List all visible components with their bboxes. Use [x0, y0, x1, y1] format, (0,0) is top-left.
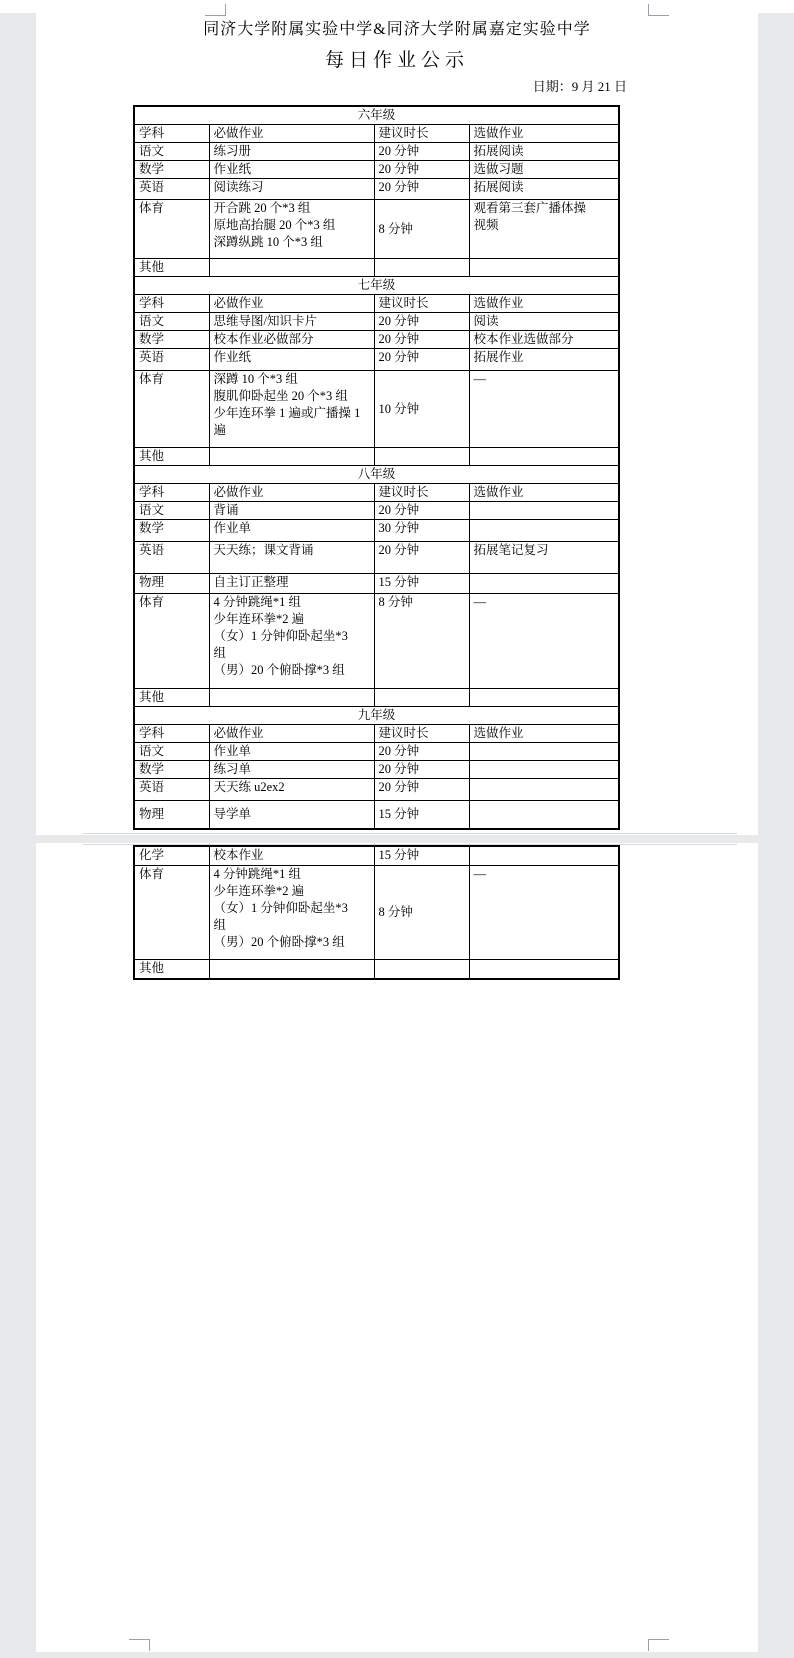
grade-title-row: 八年级: [134, 466, 619, 484]
homework-row: 语文作业单20 分钟: [134, 743, 619, 761]
optional-cell: [469, 520, 619, 542]
homework-row: 英语天天练；课文背诵20 分钟拓展笔记复习: [134, 542, 619, 574]
optional-cell: 阅读: [469, 313, 619, 331]
homework-table-page2: 化学校本作业15 分钟体育4 分钟跳绳*1 组少年连环拳*2 遍（女）1 分钟仰…: [133, 845, 620, 980]
required-cell: [209, 959, 374, 979]
subject-cell: 数学: [134, 520, 209, 542]
homework-row: 语文背诵20 分钟: [134, 502, 619, 520]
subject-cell: 体育: [134, 865, 209, 959]
homework-row: 体育4 分钟跳绳*1 组少年连环拳*2 遍（女）1 分钟仰卧起坐*3组（男）20…: [134, 594, 619, 689]
required-cell: 思维导图/知识卡片: [209, 313, 374, 331]
homework-row: 化学校本作业15 分钟: [134, 846, 619, 865]
page-1: 同济大学附属实验中学&同济大学附属嘉定实验中学 每日作业公示 日期：9 月 21…: [36, 0, 758, 835]
column-header: 必做作业: [209, 725, 374, 743]
subject-cell: 语文: [134, 143, 209, 161]
text-boundary-mark-top-left: [205, 4, 226, 16]
subject-cell: 体育: [134, 594, 209, 689]
optional-cell: 拓展作业: [469, 349, 619, 371]
required-cell: 天天练 u2ex2: [209, 779, 374, 801]
homework-row: 英语天天练 u2ex220 分钟: [134, 779, 619, 801]
subject-cell: 英语: [134, 779, 209, 801]
optional-cell: 拓展笔记复习: [469, 542, 619, 574]
homework-row: 体育4 分钟跳绳*1 组少年连环拳*2 遍（女）1 分钟仰卧起坐*3组（男）20…: [134, 865, 619, 959]
optional-cell: [469, 761, 619, 779]
required-cell: 作业单: [209, 743, 374, 761]
text-boundary-mark-top-right: [648, 4, 669, 16]
required-cell: [209, 259, 374, 277]
optional-cell: [469, 259, 619, 277]
optional-cell: 校本作业选做部分: [469, 331, 619, 349]
column-header-row: 学科必做作业建议时长选做作业: [134, 295, 619, 313]
required-cell: 作业单: [209, 520, 374, 542]
time-cell: [374, 959, 469, 979]
time-cell: 20 分钟: [374, 313, 469, 331]
homework-row: 其他: [134, 959, 619, 979]
subject-cell: 物理: [134, 574, 209, 594]
time-cell: 20 分钟: [374, 779, 469, 801]
grade-title-row: 七年级: [134, 277, 619, 295]
time-cell: 20 分钟: [374, 143, 469, 161]
homework-row: 语文思维导图/知识卡片20 分钟阅读: [134, 313, 619, 331]
grade-title: 九年级: [134, 707, 619, 725]
subject-cell: 数学: [134, 161, 209, 179]
required-cell: [209, 689, 374, 707]
required-cell: 自主订正整理: [209, 574, 374, 594]
time-cell: [374, 448, 469, 466]
school-title: 同济大学附属实验中学&同济大学附属嘉定实验中学: [36, 19, 758, 41]
subject-cell: 体育: [134, 200, 209, 259]
time-cell: 20 分钟: [374, 161, 469, 179]
time-cell: 20 分钟: [374, 502, 469, 520]
required-cell: 校本作业: [209, 846, 374, 865]
subject-cell: 数学: [134, 761, 209, 779]
homework-row: 物理自主订正整理15 分钟: [134, 574, 619, 594]
homework-row: 英语阅读练习20 分钟拓展阅读: [134, 179, 619, 200]
grade-title: 八年级: [134, 466, 619, 484]
optional-cell: 选做习题: [469, 161, 619, 179]
subject-cell: 数学: [134, 331, 209, 349]
subject-cell: 物理: [134, 801, 209, 829]
subject-cell: 语文: [134, 502, 209, 520]
optional-cell: [469, 779, 619, 801]
subject-cell: 其他: [134, 689, 209, 707]
required-cell: 作业纸: [209, 161, 374, 179]
column-header: 选做作业: [469, 125, 619, 143]
time-cell: 20 分钟: [374, 761, 469, 779]
column-header: 学科: [134, 725, 209, 743]
column-header: 选做作业: [469, 295, 619, 313]
required-cell: 深蹲 10 个*3 组腹肌仰卧起坐 20 个*3 组少年连环拳 1 遍或广播操 …: [209, 371, 374, 448]
column-header: 学科: [134, 125, 209, 143]
required-cell: 练习单: [209, 761, 374, 779]
column-header: 建议时长: [374, 725, 469, 743]
date-label: 日期：9 月 21 日: [133, 79, 627, 95]
time-cell: 20 分钟: [374, 542, 469, 574]
homework-row: 体育开合跳 20 个*3 组原地高抬腿 20 个*3 组深蹲纵跳 10 个*3 …: [134, 200, 619, 259]
column-header: 学科: [134, 484, 209, 502]
time-cell: 8 分钟: [374, 865, 469, 959]
required-cell: 导学单: [209, 801, 374, 829]
required-cell: 练习册: [209, 143, 374, 161]
homework-row: 语文练习册20 分钟拓展阅读: [134, 143, 619, 161]
homework-row: 体育深蹲 10 个*3 组腹肌仰卧起坐 20 个*3 组少年连环拳 1 遍或广播…: [134, 371, 619, 448]
time-cell: [374, 689, 469, 707]
column-header: 建议时长: [374, 125, 469, 143]
homework-row: 数学练习单20 分钟: [134, 761, 619, 779]
required-cell: 4 分钟跳绳*1 组少年连环拳*2 遍（女）1 分钟仰卧起坐*3组（男）20 个…: [209, 865, 374, 959]
optional-cell: 拓展阅读: [469, 143, 619, 161]
subject-cell: 其他: [134, 448, 209, 466]
grade-title: 七年级: [134, 277, 619, 295]
optional-cell: [469, 846, 619, 865]
column-header-row: 学科必做作业建议时长选做作业: [134, 484, 619, 502]
optional-cell: [469, 801, 619, 829]
time-cell: 20 分钟: [374, 743, 469, 761]
column-header: 选做作业: [469, 725, 619, 743]
homework-row: 其他: [134, 689, 619, 707]
time-cell: 20 分钟: [374, 179, 469, 200]
optional-cell: 拓展阅读: [469, 179, 619, 200]
column-header: 选做作业: [469, 484, 619, 502]
required-cell: 4 分钟跳绳*1 组少年连环拳*2 遍（女）1 分钟仰卧起坐*3组（男）20 个…: [209, 594, 374, 689]
optional-cell: [469, 959, 619, 979]
optional-cell: [469, 502, 619, 520]
page-title: 每日作业公示: [36, 48, 758, 74]
time-cell: 10 分钟: [374, 371, 469, 448]
column-header-row: 学科必做作业建议时长选做作业: [134, 125, 619, 143]
time-cell: [374, 259, 469, 277]
column-header-row: 学科必做作业建议时长选做作业: [134, 725, 619, 743]
text-boundary-mark-bottom-left: [129, 1639, 150, 1651]
homework-row: 其他: [134, 259, 619, 277]
homework-row: 数学作业单30 分钟: [134, 520, 619, 542]
subject-cell: 英语: [134, 349, 209, 371]
column-header: 学科: [134, 295, 209, 313]
optional-cell: [469, 689, 619, 707]
optional-cell: —: [469, 371, 619, 448]
optional-cell: [469, 448, 619, 466]
subject-cell: 语文: [134, 743, 209, 761]
text-boundary-mark-bottom-right: [648, 1639, 669, 1651]
column-header: 必做作业: [209, 484, 374, 502]
homework-row: 英语作业纸20 分钟拓展作业: [134, 349, 619, 371]
column-header: 必做作业: [209, 125, 374, 143]
time-cell: 30 分钟: [374, 520, 469, 542]
subject-cell: 体育: [134, 371, 209, 448]
subject-cell: 化学: [134, 846, 209, 865]
required-cell: 阅读练习: [209, 179, 374, 200]
optional-cell: [469, 574, 619, 594]
column-header: 建议时长: [374, 484, 469, 502]
optional-cell: —: [469, 865, 619, 959]
homework-row: 物理导学单15 分钟: [134, 801, 619, 829]
homework-table-page1: 六年级学科必做作业建议时长选做作业语文练习册20 分钟拓展阅读数学作业纸20 分…: [133, 105, 620, 830]
column-header: 建议时长: [374, 295, 469, 313]
time-cell: 20 分钟: [374, 331, 469, 349]
grade-title: 六年级: [134, 106, 619, 125]
homework-row: 数学作业纸20 分钟选做习题: [134, 161, 619, 179]
required-cell: 开合跳 20 个*3 组原地高抬腿 20 个*3 组深蹲纵跳 10 个*3 组: [209, 200, 374, 259]
subject-cell: 英语: [134, 179, 209, 200]
optional-cell: —: [469, 594, 619, 689]
time-cell: 15 分钟: [374, 574, 469, 594]
subject-cell: 其他: [134, 959, 209, 979]
time-cell: 8 分钟: [374, 200, 469, 259]
time-cell: 15 分钟: [374, 846, 469, 865]
time-cell: 8 分钟: [374, 594, 469, 689]
column-header: 必做作业: [209, 295, 374, 313]
required-cell: [209, 448, 374, 466]
page-bottom-boundary-line: [83, 833, 737, 834]
required-cell: 作业纸: [209, 349, 374, 371]
page-2: 化学校本作业15 分钟体育4 分钟跳绳*1 组少年连环拳*2 遍（女）1 分钟仰…: [36, 843, 758, 1652]
subject-cell: 其他: [134, 259, 209, 277]
required-cell: 背诵: [209, 502, 374, 520]
required-cell: 校本作业必做部分: [209, 331, 374, 349]
time-cell: 15 分钟: [374, 801, 469, 829]
required-cell: 天天练；课文背诵: [209, 542, 374, 574]
document-viewport: { "header": { "school_title": "同济大学附属实验中…: [0, 0, 794, 1658]
homework-row: 其他: [134, 448, 619, 466]
grade-title-row: 六年级: [134, 106, 619, 125]
optional-cell: 观看第三套广播体操视频: [469, 200, 619, 259]
time-cell: 20 分钟: [374, 349, 469, 371]
subject-cell: 英语: [134, 542, 209, 574]
optional-cell: [469, 743, 619, 761]
subject-cell: 语文: [134, 313, 209, 331]
homework-row: 数学校本作业必做部分20 分钟校本作业选做部分: [134, 331, 619, 349]
grade-title-row: 九年级: [134, 707, 619, 725]
